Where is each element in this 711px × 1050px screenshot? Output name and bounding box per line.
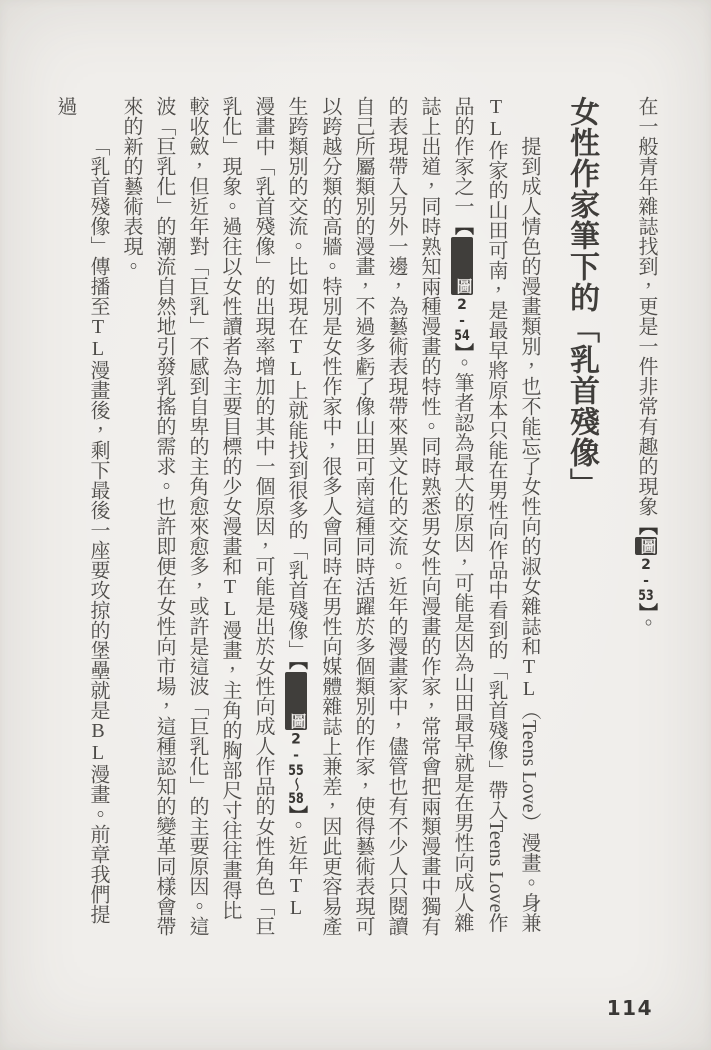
closing-paragraph: 「乳首殘像」傳播至TL漫畫後，剩下最後一座要攻掠的堡壘就是BL漫畫。前章我們提過 (48, 96, 114, 936)
figure-reference: 【圖2-54】 (451, 216, 473, 353)
vertical-text-area: 在一般青年雜誌找到，更是一件非常有趣的現象【圖2-53】。 女性作家筆下的「乳首… (48, 96, 663, 936)
figure-badge: 圖 (451, 237, 473, 295)
figure-bracket-open: 【 (452, 216, 473, 235)
figure-bracket-open: 【 (286, 660, 307, 670)
figure-number: 2-53 (638, 557, 654, 603)
figure-bracket-close: 】 (452, 343, 473, 353)
figure-number: 2-55〜58 (288, 732, 304, 806)
upright-latin: BL (87, 720, 109, 764)
figure-bracket-close: 】 (286, 806, 307, 816)
figure-reference: 【圖2-53】 (635, 516, 657, 613)
figure-reference: 【圖2-55〜58】 (285, 660, 307, 815)
upright-latin: TL (219, 576, 241, 620)
figure-badge: 圖 (635, 537, 657, 555)
page-number: 114 (607, 996, 653, 1020)
upright-latin: TL (285, 875, 307, 919)
figure-bracket-open: 【 (636, 516, 657, 535)
body-paragraph: 提到成人情色的漫畫類別，也不能忘了女性向的淑女雜誌和TL（Teens Love）… (114, 96, 545, 936)
book-page: 在一般青年雜誌找到，更是一件非常有趣的現象【圖2-53】。 女性作家筆下的「乳首… (0, 0, 711, 1050)
figure-badge: 圖 (285, 672, 307, 730)
section-title: 女性作家筆下的「乳首殘像」 (559, 96, 603, 936)
figure-number: 2-54 (454, 297, 470, 343)
figure-bracket-close: 】 (636, 603, 657, 613)
upright-latin: TL (285, 336, 307, 380)
intro-paragraph: 在一般青年雜誌找到，更是一件非常有趣的現象【圖2-53】。 (629, 96, 663, 936)
upright-latin: TL (87, 316, 109, 360)
upright-latin: TL (485, 96, 507, 140)
upright-latin: TL (518, 656, 540, 700)
